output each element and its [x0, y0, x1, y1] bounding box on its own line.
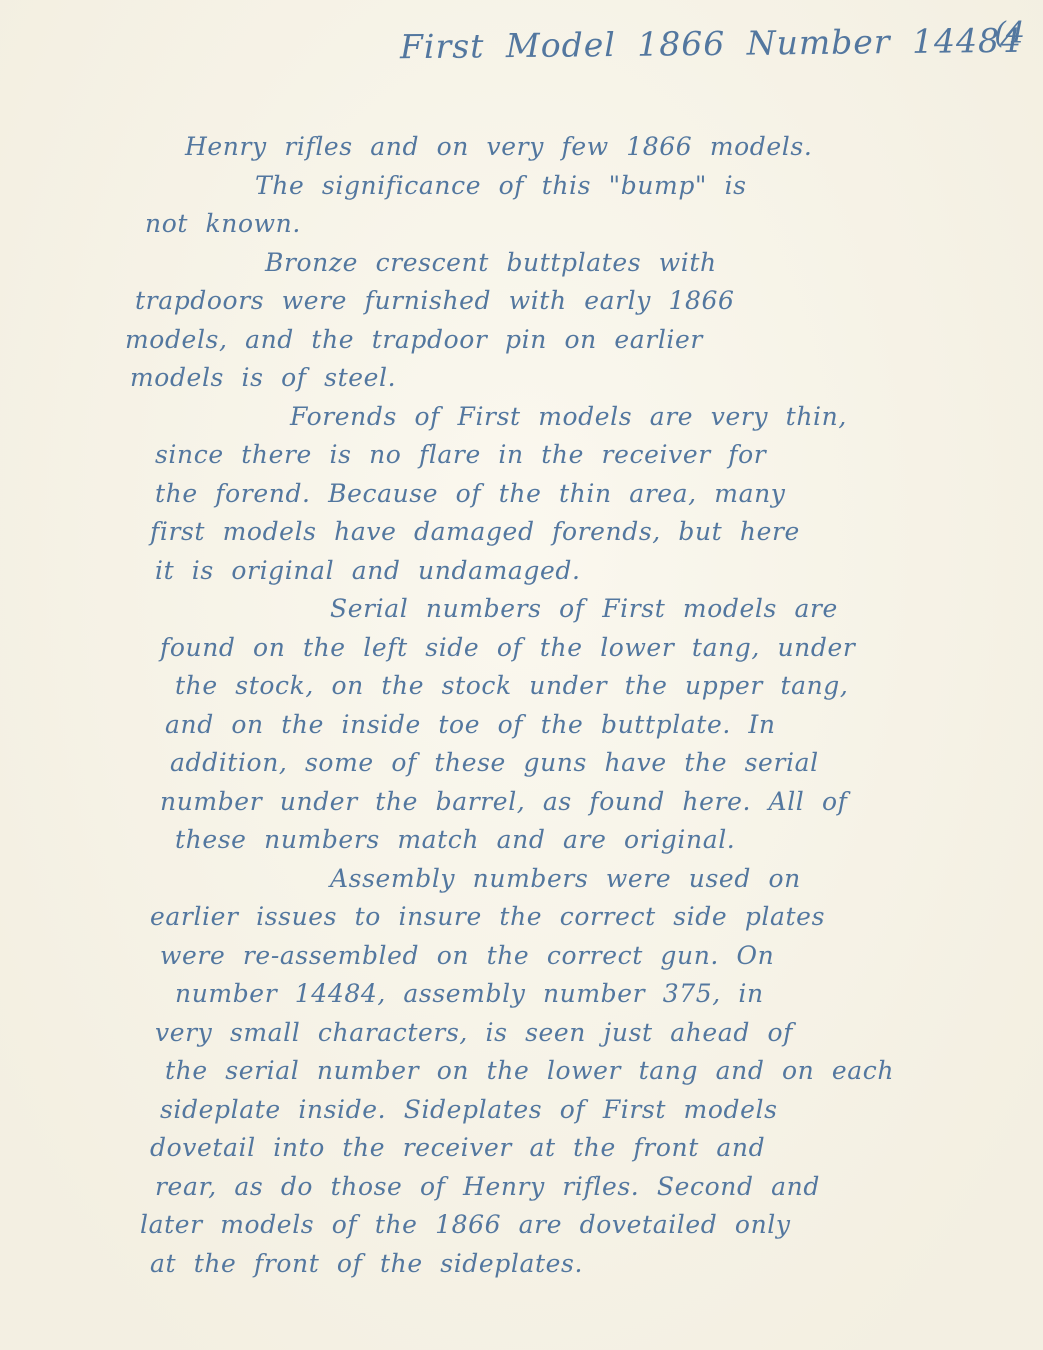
page-number: (4 [994, 16, 1025, 51]
handwriting-line: not known. [145, 205, 960, 244]
handwriting-line: sideplate inside. Sideplates of First mo… [160, 1091, 960, 1130]
handwriting-line: the serial number on the lower tang and … [165, 1052, 960, 1091]
handwriting-line: the stock, on the stock under the upper … [175, 667, 960, 706]
handwriting-line: Bronze crescent buttplates with [265, 244, 960, 283]
handwriting-line: Serial numbers of First models are [330, 590, 960, 629]
handwriting-line: dovetail into the receiver at the front … [150, 1129, 960, 1168]
handwriting-line: at the front of the sideplates. [150, 1245, 960, 1284]
handwriting-line: very small characters, is seen just ahea… [155, 1014, 960, 1053]
page-title: First Model 1866 Number 14484 [400, 21, 1022, 67]
handwriting-line: later models of the 1866 are dovetailed … [140, 1206, 960, 1245]
handwriting-line: models, and the trapdoor pin on earlier [125, 321, 960, 360]
handwriting-line: number 14484, assembly number 375, in [175, 975, 960, 1014]
handwriting-line: addition, some of these guns have the se… [170, 744, 960, 783]
handwriting-line: trapdoors were furnished with early 1866 [135, 282, 960, 321]
handwriting-line: these numbers match and are original. [175, 821, 960, 860]
handwriting-line: were re-assembled on the correct gun. On [160, 937, 960, 976]
handwriting-line: The significance of this "bump" is [255, 167, 960, 206]
handwriting-line: the forend. Because of the thin area, ma… [155, 475, 960, 514]
handwriting-line: number under the barrel, as found here. … [160, 783, 960, 822]
handwriting-line: and on the inside toe of the buttplate. … [165, 706, 960, 745]
handwritten-body: Henry rifles and on very few 1866 models… [120, 128, 960, 1283]
handwriting-line: Assembly numbers were used on [330, 860, 960, 899]
handwriting-line: models is of steel. [130, 359, 960, 398]
manuscript-page: First Model 1866 Number 14484 (4 Henry r… [0, 0, 1043, 1350]
handwriting-line: first models have damaged forends, but h… [150, 513, 960, 552]
page-header: First Model 1866 Number 14484 (4 [0, 16, 1043, 76]
handwriting-line: since there is no flare in the receiver … [155, 436, 960, 475]
handwriting-line: it is original and undamaged. [155, 552, 960, 591]
handwriting-line: rear, as do those of Henry rifles. Secon… [155, 1168, 960, 1207]
handwriting-line: Henry rifles and on very few 1866 models… [185, 128, 960, 167]
handwriting-line: earlier issues to insure the correct sid… [150, 898, 960, 937]
handwriting-line: Forends of First models are very thin, [290, 398, 960, 437]
handwriting-line: found on the left side of the lower tang… [160, 629, 960, 668]
